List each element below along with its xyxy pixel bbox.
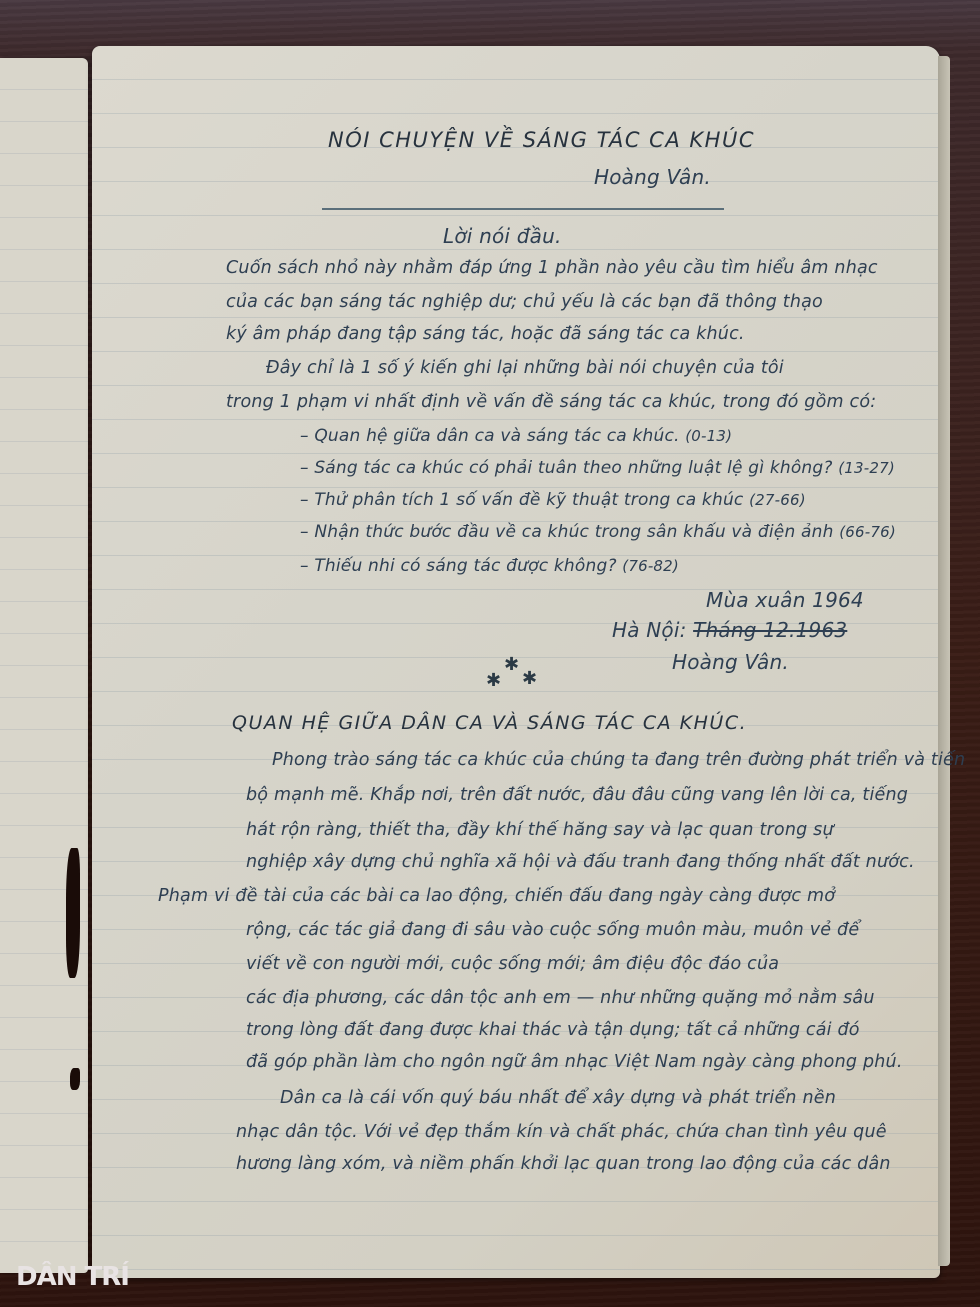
left-facing-page xyxy=(0,58,88,1273)
left-page-ruling xyxy=(0,58,88,1273)
star-icon: ✱ xyxy=(504,654,519,675)
contents-item: – Thiếu nhi có sáng tác được không? (76-… xyxy=(300,556,679,576)
star-icon: ✱ xyxy=(522,668,537,689)
section-line: hát rộn ràng, thiết tha, đầy khí thế hăn… xyxy=(246,820,834,840)
page-tear xyxy=(66,848,80,978)
struck-date: Tháng 12.1963 xyxy=(693,618,847,642)
section-line: nghiệp xây dựng chủ nghĩa xã hội và đấu … xyxy=(246,852,915,872)
star-icon: ✱ xyxy=(486,670,501,691)
dantri-logo: DÂN TRÍ xyxy=(16,1262,129,1292)
section-line: bộ mạnh mẽ. Khắp nơi, trên đất nước, đâu… xyxy=(246,785,908,805)
preface-line: trong 1 phạm vi nhất định về vấn đề sáng… xyxy=(226,392,876,412)
preface-heading: Lời nói đầu. xyxy=(443,224,562,248)
contents-item: – Nhận thức bước đầu về ca khúc trong sâ… xyxy=(300,522,896,542)
section-line: rộng, các tác giả đang đi sâu vào cuộc s… xyxy=(246,920,859,940)
section-line: nhạc dân tộc. Với vẻ đẹp thắm kín và chấ… xyxy=(236,1122,887,1142)
preface-line: của các bạn sáng tác nghiệp dư; chủ yếu … xyxy=(226,292,823,312)
title-divider xyxy=(322,208,724,210)
section-line: viết về con người mới, cuộc sống mới; âm… xyxy=(246,954,779,974)
preface-line: ký âm pháp đang tập sáng tác, hoặc đã sá… xyxy=(226,324,745,344)
contents-item: – Quan hệ giữa dân ca và sáng tác ca khú… xyxy=(300,426,732,446)
section-line: trong lòng đất đang được khai thác và tậ… xyxy=(246,1020,860,1040)
section-line: Phạm vi đề tài của các bài ca lao động, … xyxy=(158,886,835,906)
document-author: Hoàng Vân. xyxy=(594,165,711,189)
section-line: Dân ca là cái vốn quý báu nhất để xây dự… xyxy=(280,1088,836,1108)
contents-item: – Sáng tác ca khúc có phải tuân theo nhữ… xyxy=(300,458,895,478)
signature-name: Hoàng Vân. xyxy=(672,650,789,674)
document-title: NÓI CHUYỆN VỀ SÁNG TÁC CA KHÚC xyxy=(328,128,755,152)
section-line: các địa phương, các dân tộc anh em — như… xyxy=(246,988,875,1008)
contents-item: – Thử phân tích 1 số vấn đề kỹ thuật tro… xyxy=(300,490,806,510)
section-line: đã góp phần làm cho ngôn ngữ âm nhạc Việ… xyxy=(246,1052,903,1072)
section-line: hương làng xóm, và niềm phấn khởi lạc qu… xyxy=(236,1154,891,1174)
preface-line: Đây chỉ là 1 số ý kiến ghi lại những bài… xyxy=(266,358,784,378)
signature-date: Mùa xuân 1964 xyxy=(706,588,864,612)
signature-place-line: Hà Nội: Tháng 12.1963 xyxy=(612,618,847,642)
section-line: Phong trào sáng tác ca khúc của chúng ta… xyxy=(272,750,965,770)
page-tear xyxy=(70,1068,80,1090)
preface-line: Cuốn sách nhỏ này nhằm đáp ứng 1 phần nà… xyxy=(226,258,878,278)
section-heading: QUAN HỆ GIỮA DÂN CA VÀ SÁNG TÁC CA KHÚC. xyxy=(232,712,747,734)
